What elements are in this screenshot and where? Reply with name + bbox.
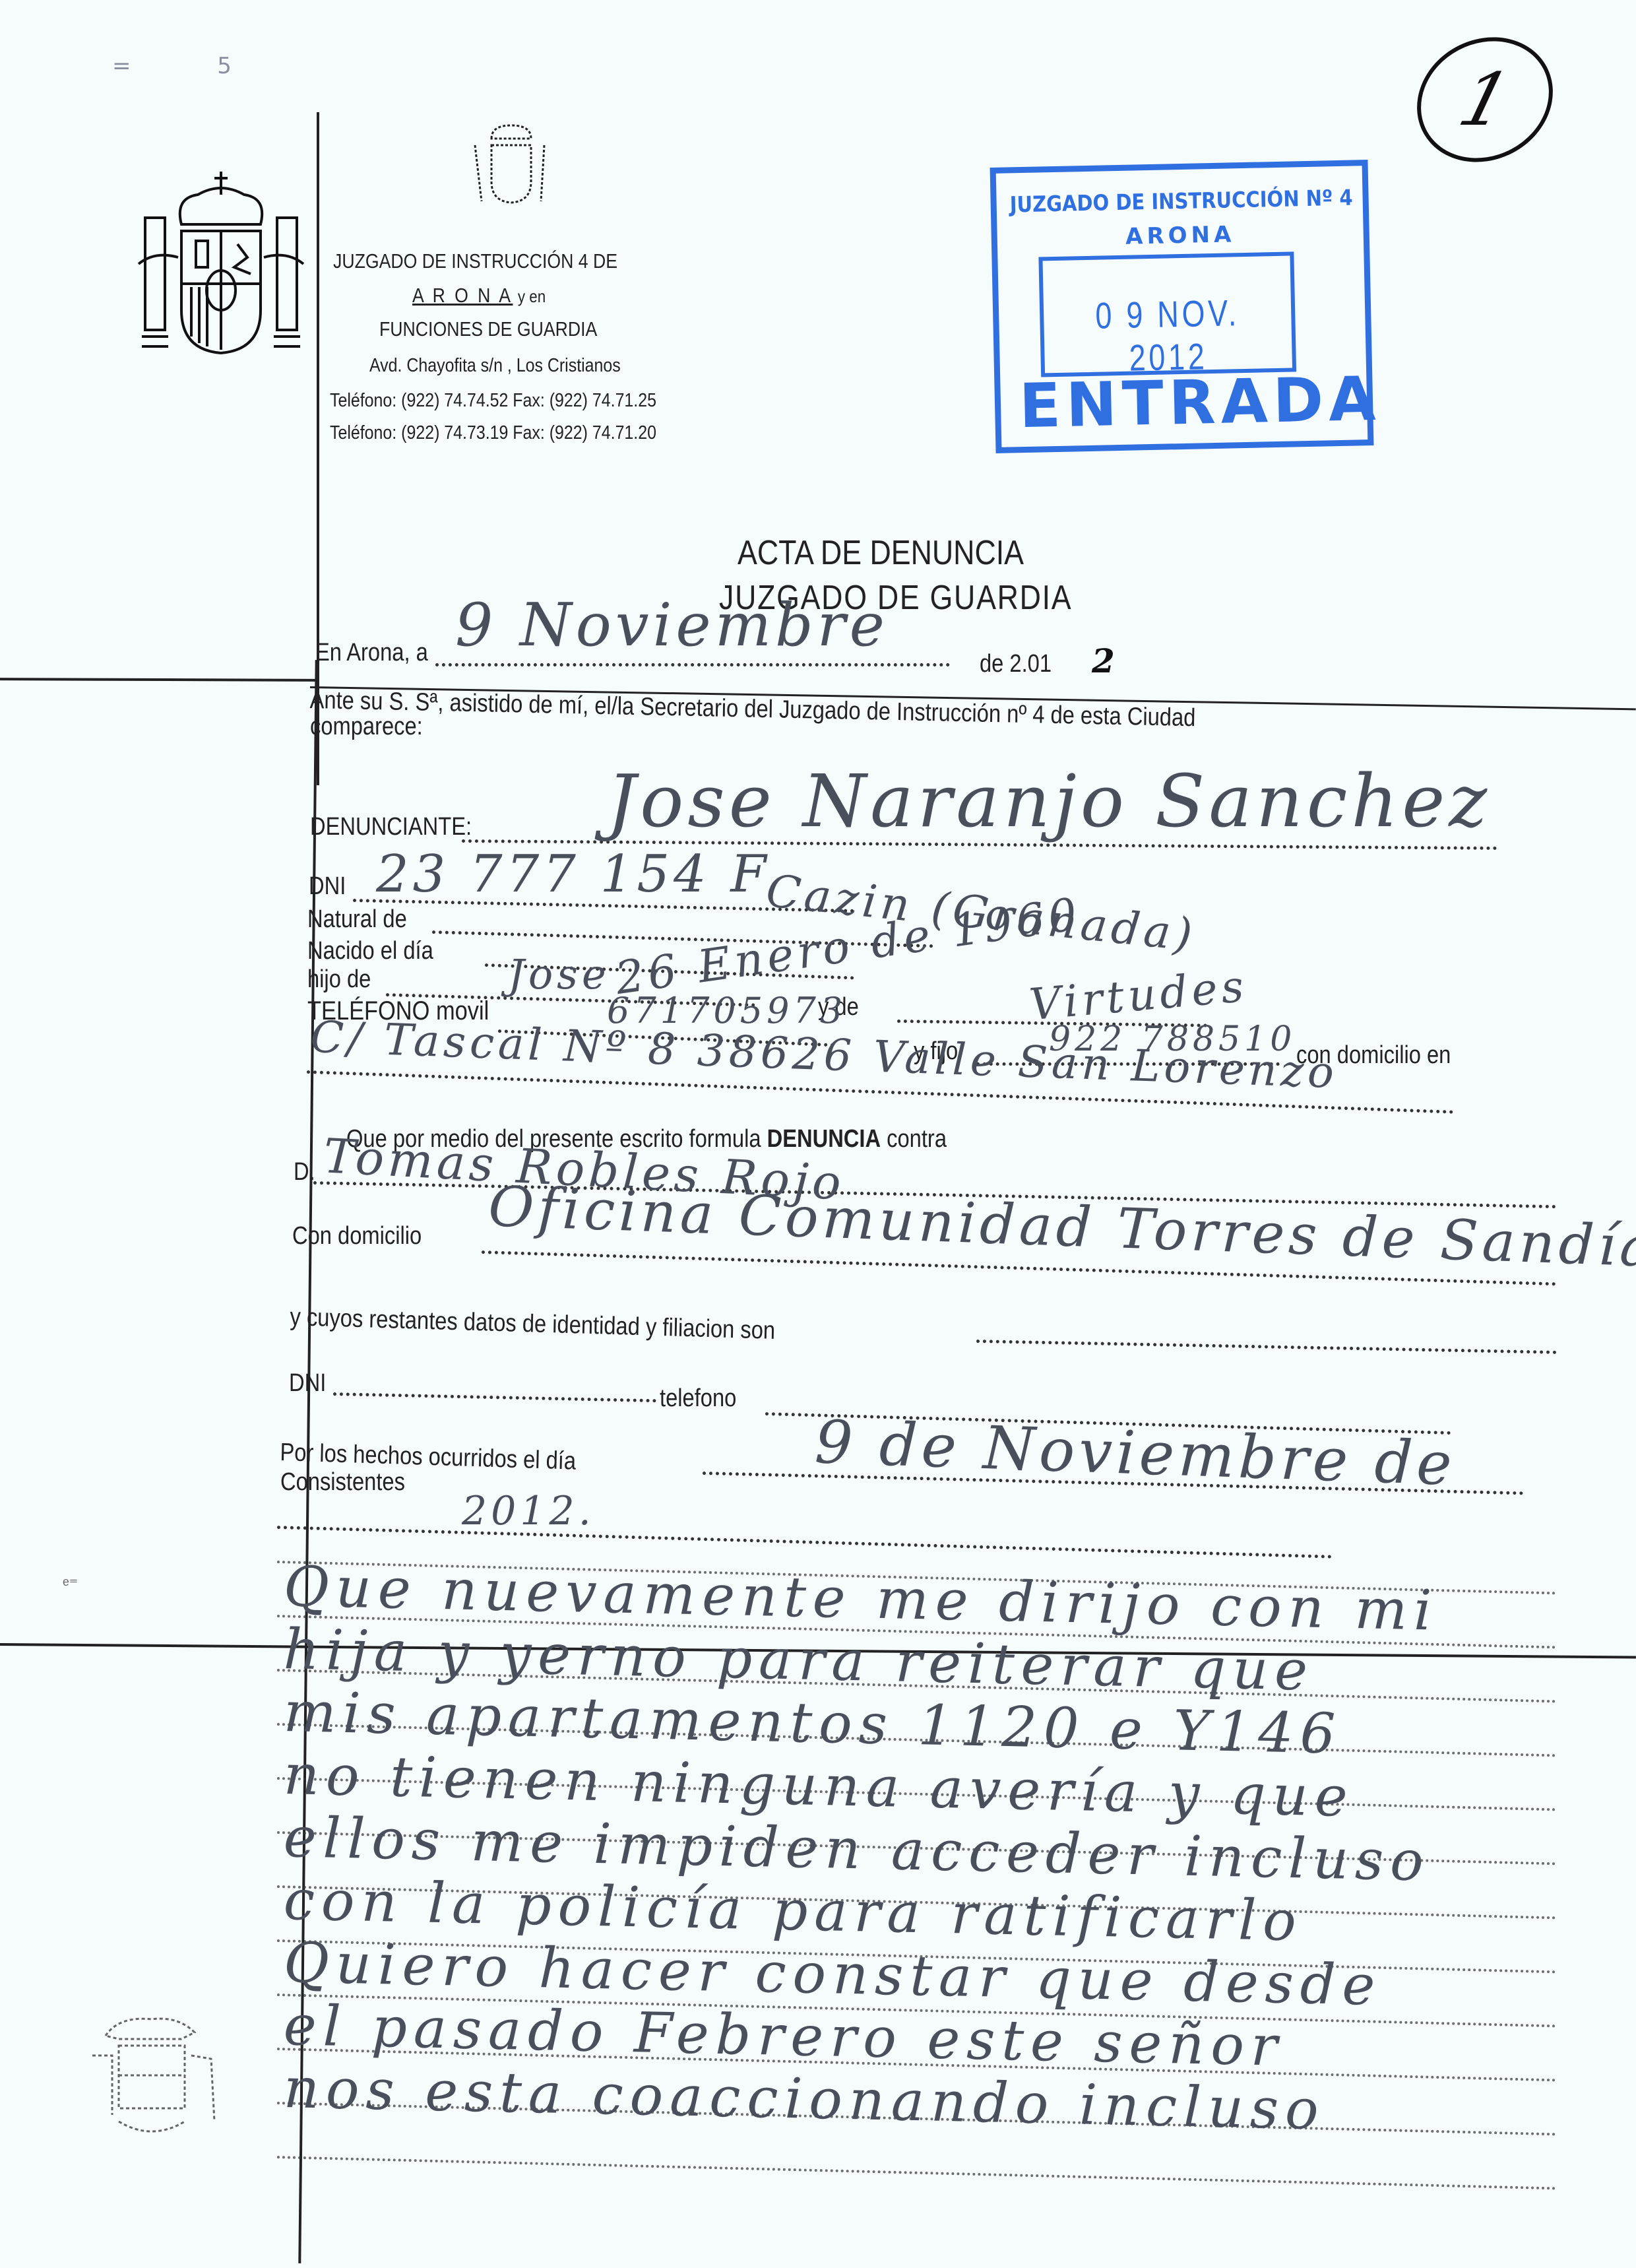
stamp-date-box: 0 9 NOV. 2012 [1038, 251, 1296, 377]
court-city-name: A R O N A [412, 284, 513, 307]
entrada-stamp: JUZGADO DE INSTRUCCIÓN Nº 4 ARONA 0 9 NO… [990, 160, 1374, 453]
stamp-court-name: JUZGADO DE INSTRUCCIÓN Nº 4 [1009, 185, 1353, 218]
accused-domicile-label: Con domicilio [292, 1222, 422, 1250]
page-number-circle: 1 [1395, 14, 1575, 185]
facts-year-value: 2012. [462, 1488, 595, 1534]
stamp-city: ARONA [997, 218, 1364, 253]
statement-guide-line [277, 2156, 1557, 2189]
consisting-label: Consistentes [280, 1468, 405, 1497]
court-address: Avd. Chayofita s/n , Los Cristianos [369, 356, 621, 375]
other-dni-label: DNI [289, 1369, 326, 1398]
appearance-text-2: comparece: [310, 713, 423, 741]
natural-label: Natural de [307, 905, 407, 934]
place-date-value: 9 Noviembre [455, 591, 889, 660]
court-function: FUNCIONES DE GUARDIA [379, 319, 597, 339]
court-city-suffix: y en [518, 286, 546, 306]
son-of-label: hijo de [307, 965, 371, 994]
dni-label: DNI [309, 872, 346, 901]
pencil-mark: = 5 [112, 53, 271, 79]
denounce-text-bold: DENUNCIA [767, 1125, 881, 1153]
scan-artifact: ᵉ⁼ [63, 1574, 78, 1594]
complainant-label: DENUNCIANTE: [310, 813, 472, 841]
father-value: Jose [508, 950, 610, 998]
court-name: JUZGADO DE INSTRUCCIÓN 4 DE [333, 251, 617, 271]
fold-line [0, 678, 317, 682]
facts-date-value: 9 de Noviembre de [813, 1408, 1457, 1499]
other-data-label: y cuyos restantes datos de identidad y f… [290, 1303, 775, 1345]
document-title: ACTA DE DENUNCIA [738, 533, 1024, 573]
place-label: En Arona, a [315, 639, 428, 667]
other-phone-label: telefono [660, 1384, 736, 1413]
coat-of-arms-small-icon [462, 115, 561, 208]
page-number: 1 [1451, 57, 1519, 142]
consisting-field [277, 1526, 1333, 1559]
other-dni-field [333, 1392, 656, 1402]
born-label: Nacido el día [307, 937, 433, 965]
accused-prefix: D. [294, 1158, 315, 1186]
accused-domicile-value: Oficina Comunidad Torres de Sandía [488, 1174, 1636, 1280]
denounce-text-2: contra [887, 1125, 947, 1153]
coat-of-arms-faint-icon [79, 2009, 231, 2148]
coat-of-arms-icon [135, 158, 307, 363]
court-city: A R O N A y en [412, 285, 546, 306]
court-phone-1: Teléfono: (922) 74.74.52 Fax: (922) 74.7… [330, 391, 656, 410]
complainant-value: Jose Naranjo Sanchez [607, 759, 1491, 843]
year-label: de 2.01 [980, 650, 1052, 678]
stamp-entrada-label: ENTRADA [1019, 364, 1381, 441]
court-phone-2: Teléfono: (922) 74.73.19 Fax: (922) 74.7… [330, 424, 656, 443]
other-data-field [976, 1340, 1557, 1354]
year-value: 2 [1092, 641, 1119, 680]
dni-value: 23 777 154 F [376, 845, 771, 904]
place-date-field [435, 663, 950, 666]
